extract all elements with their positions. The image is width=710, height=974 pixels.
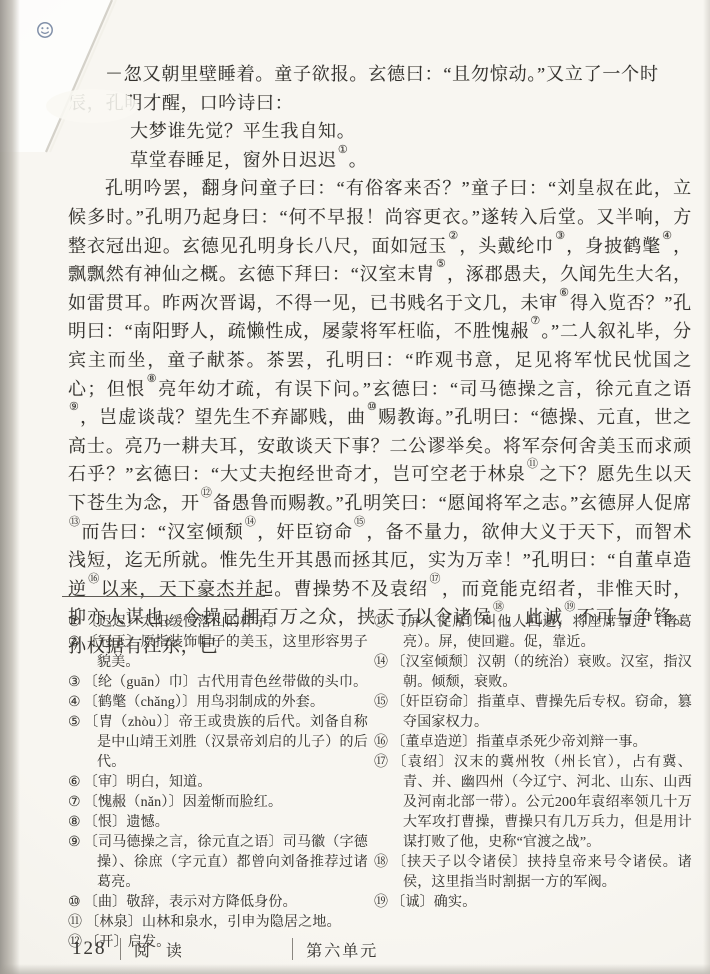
- footnote-item: ⑥〔审〕明白，知道。: [68, 773, 368, 793]
- footnote-number: ⑯: [374, 735, 388, 750]
- footnote-number: ①: [68, 615, 81, 630]
- body-line: 辰，孔明才醒，口吟诗曰：: [68, 89, 692, 118]
- footnote-item: ⑭〔汉室倾颓〕汉朝（的统治）衰败。汉室，指汉朝。倾颓，衰败。: [374, 653, 692, 693]
- footnote-number: ⑪: [68, 915, 82, 930]
- footnote-ref: ⑲: [564, 601, 575, 613]
- page-footer: 128 阅 读 第六单元: [72, 936, 378, 962]
- footnote-item: ⑨〔司马德操之言，徐元直之语〕司马徽（字德操）、徐庶（字元直）都曾向刘备推荐过诸…: [68, 833, 368, 893]
- footnote-ref: ⑨: [69, 401, 79, 413]
- footnote-text: 〔司马德操之言，徐元直之语〕司马徽（字德操）、徐庶（字元直）都曾向刘备推荐过诸葛…: [84, 835, 368, 890]
- footnote-text: 〔冠玉〕原指装饰帽子的美玉，这里形容男子貌美。: [84, 635, 368, 670]
- footnote-ref: ⑩: [367, 401, 377, 413]
- footnote-text: 〔袁绍〕汉末的冀州牧（州长官），占有冀、青、并、幽四州（今辽宁、河北、山东、山西…: [392, 755, 692, 850]
- footnote-text: 〔汉室倾颓〕汉朝（的统治）衰败。汉室，指汉朝。倾颓，衰败。: [391, 655, 692, 690]
- footnote-number: ⑬: [374, 615, 389, 630]
- footnote-number: ⑦: [68, 795, 81, 810]
- footnotes-left-column: ①〔迟迟〕太阳缓慢落山的样子。 ②〔冠玉〕原指装饰帽子的美玉，这里形容男子貌美。…: [68, 613, 368, 953]
- main-text-block: －忽又朝里壁睡着。童子欲报。玄德曰：“且勿惊动。”又立了一个时 辰，孔明才醒，口…: [68, 60, 692, 660]
- footnote-item: ⑩〔曲〕敬辞，表示对方降低身份。: [68, 893, 368, 913]
- footnote-text: 〔林泉〕山林和泉水，引申为隐居之地。: [85, 915, 341, 930]
- footnote-number: ⑭: [374, 655, 388, 670]
- footnote-text: 〔恨〕遗憾。: [84, 815, 169, 830]
- footnote-divider: [62, 596, 265, 597]
- footnote-number: ⑩: [68, 895, 81, 910]
- footnote-ref: ⑫: [201, 487, 212, 499]
- footnote-text: 〔挟天子以令诸侯〕挟持皇帝来号令诸侯。诸侯，这里指当时割据一方的军阀。: [392, 855, 692, 890]
- scanned-textbook-page: －忽又朝里壁睡着。童子欲报。玄德曰：“且勿惊动。”又立了一个时 辰，孔明才醒，口…: [0, 0, 710, 974]
- footnote-number: ③: [68, 675, 81, 690]
- footnote-number: ⑰: [374, 755, 389, 770]
- footnote-ref: ⑦: [530, 315, 540, 327]
- footnote-ref: ⑬: [69, 516, 80, 528]
- footnote-item: ⑦〔愧赧（nǎn）〕因羞惭而脸红。: [68, 793, 368, 813]
- footnote-ref: ⑱: [493, 601, 504, 613]
- footnote-ref: ⑥: [559, 287, 569, 299]
- footnote-text: 〔迟迟〕太阳缓慢落山的样子。: [84, 615, 283, 630]
- body-paragraph: 孔明吟罢，翻身问童子曰：“有俗客来否？”童子曰：“刘皇叔在此，立候多时。”孔明乃…: [68, 174, 692, 660]
- footnotes-right-column: ⑬〔屏人促席〕叫他人回避，将座席靠近（诸葛亮）。屏，使回避。促，靠近。 ⑭〔汉室…: [374, 613, 692, 913]
- footnote-ref: ④: [662, 230, 672, 242]
- footnote-item: ⑧〔恨〕遗憾。: [68, 813, 368, 833]
- footnote-item: ⑮〔奸臣窃命〕指董卓、曹操先后专权。窃命，篡夺国家权力。: [374, 693, 692, 733]
- footnote-item: ④〔鹤氅（chǎng）〕用鸟羽制成的外套。: [68, 693, 368, 713]
- footer-unit-label: 第六单元: [306, 938, 378, 961]
- scan-right-edge: [703, 0, 710, 974]
- footnote-number: ⑤: [68, 715, 81, 730]
- footnote-text: 〔纶（guān）巾〕古代用青色丝带做的头巾。: [84, 675, 368, 690]
- footnote-number: ②: [68, 635, 81, 650]
- footnote-item: ①〔迟迟〕太阳缓慢落山的样子。: [68, 613, 368, 633]
- footnote-number: ⑱: [374, 855, 389, 870]
- footnote-ref: ⑭: [245, 516, 256, 528]
- smiley-face-icon: [36, 21, 54, 39]
- footnote-ref: ②: [448, 230, 458, 242]
- footer-section-label: 阅 读: [134, 938, 188, 961]
- footer-divider: [120, 938, 121, 960]
- footnote-text: 〔胄（zhòu）〕帝王或贵族的后代。刘备自称是中山靖王刘胜（汉景帝刘启的儿子）的…: [84, 715, 368, 770]
- footnote-item: ⑪〔林泉〕山林和泉水，引申为隐居之地。: [68, 913, 368, 933]
- footnote-number: ⑨: [68, 835, 81, 850]
- footnote-ref: ③: [555, 230, 565, 242]
- footnote-number: ⑧: [68, 815, 81, 830]
- poem-line: 大梦谁先觉？平生我自知。: [68, 117, 692, 146]
- footnote-number: ⑥: [68, 775, 81, 790]
- footnote-text: 〔诚〕确实。: [391, 895, 476, 910]
- footnote-item: ⑲〔诚〕确实。: [374, 893, 692, 913]
- footnote-text: 〔奸臣窃命〕指董卓、曹操先后专权。窃命，篡夺国家权力。: [391, 695, 692, 730]
- footnote-text: 〔鹤氅（chǎng）〕用鸟羽制成的外套。: [84, 695, 324, 710]
- poem-line: 草堂春睡足，窗外日迟迟①。: [68, 146, 692, 175]
- scan-bottom-edge: [0, 964, 710, 974]
- footnote-ref: ①: [338, 144, 348, 156]
- footnote-item: ⑤〔胄（zhòu）〕帝王或贵族的后代。刘备自称是中山靖王刘胜（汉景帝刘启的儿子）…: [68, 713, 368, 773]
- footnote-text: 〔愧赧（nǎn）〕因羞惭而脸红。: [84, 795, 282, 810]
- footnote-item: ⑰〔袁绍〕汉末的冀州牧（州长官），占有冀、青、并、幽四州（今辽宁、河北、山东、山…: [374, 753, 692, 853]
- footnote-text: 〔曲〕敬辞，表示对方降低身份。: [84, 895, 297, 910]
- footer-divider: [292, 938, 293, 960]
- footnote-ref: ⑪: [527, 458, 538, 470]
- footnote-text: 〔屏人促席〕叫他人回避，将座席靠近（诸葛亮）。屏，使回避。促，靠近。: [392, 615, 692, 650]
- footnote-text: 〔审〕明白，知道。: [84, 775, 212, 790]
- footnote-ref: ⑮: [354, 516, 365, 528]
- footnote-number: ④: [68, 695, 81, 710]
- footnote-ref: ⑤: [436, 258, 446, 270]
- footnote-ref: ⑧: [147, 373, 158, 385]
- footnote-item: ⑬〔屏人促席〕叫他人回避，将座席靠近（诸葛亮）。屏，使回避。促，靠近。: [374, 613, 692, 653]
- footnote-ref: ⑯: [88, 573, 99, 585]
- footnote-item: ⑯〔董卓造逆〕指董卓杀死少帝刘辩一事。: [374, 733, 692, 753]
- footnote-item: ③〔纶（guān）巾〕古代用青色丝带做的头巾。: [68, 673, 368, 693]
- footnote-item: ⑱〔挟天子以令诸侯〕挟持皇帝来号令诸侯。诸侯，这里指当时割据一方的军阀。: [374, 853, 692, 893]
- scan-left-edge: [0, 0, 20, 974]
- footnote-number: ⑮: [374, 695, 388, 710]
- footnote-item: ②〔冠玉〕原指装饰帽子的美玉，这里形容男子貌美。: [68, 633, 368, 673]
- page-number: 128: [72, 938, 107, 960]
- footnote-ref: ⑰: [429, 573, 440, 585]
- body-line: －忽又朝里壁睡着。童子欲报。玄德曰：“且勿惊动。”又立了一个时: [68, 60, 692, 89]
- footnote-number: ⑲: [374, 895, 388, 910]
- footnote-text: 〔董卓造逆〕指董卓杀死少帝刘辩一事。: [391, 735, 647, 750]
